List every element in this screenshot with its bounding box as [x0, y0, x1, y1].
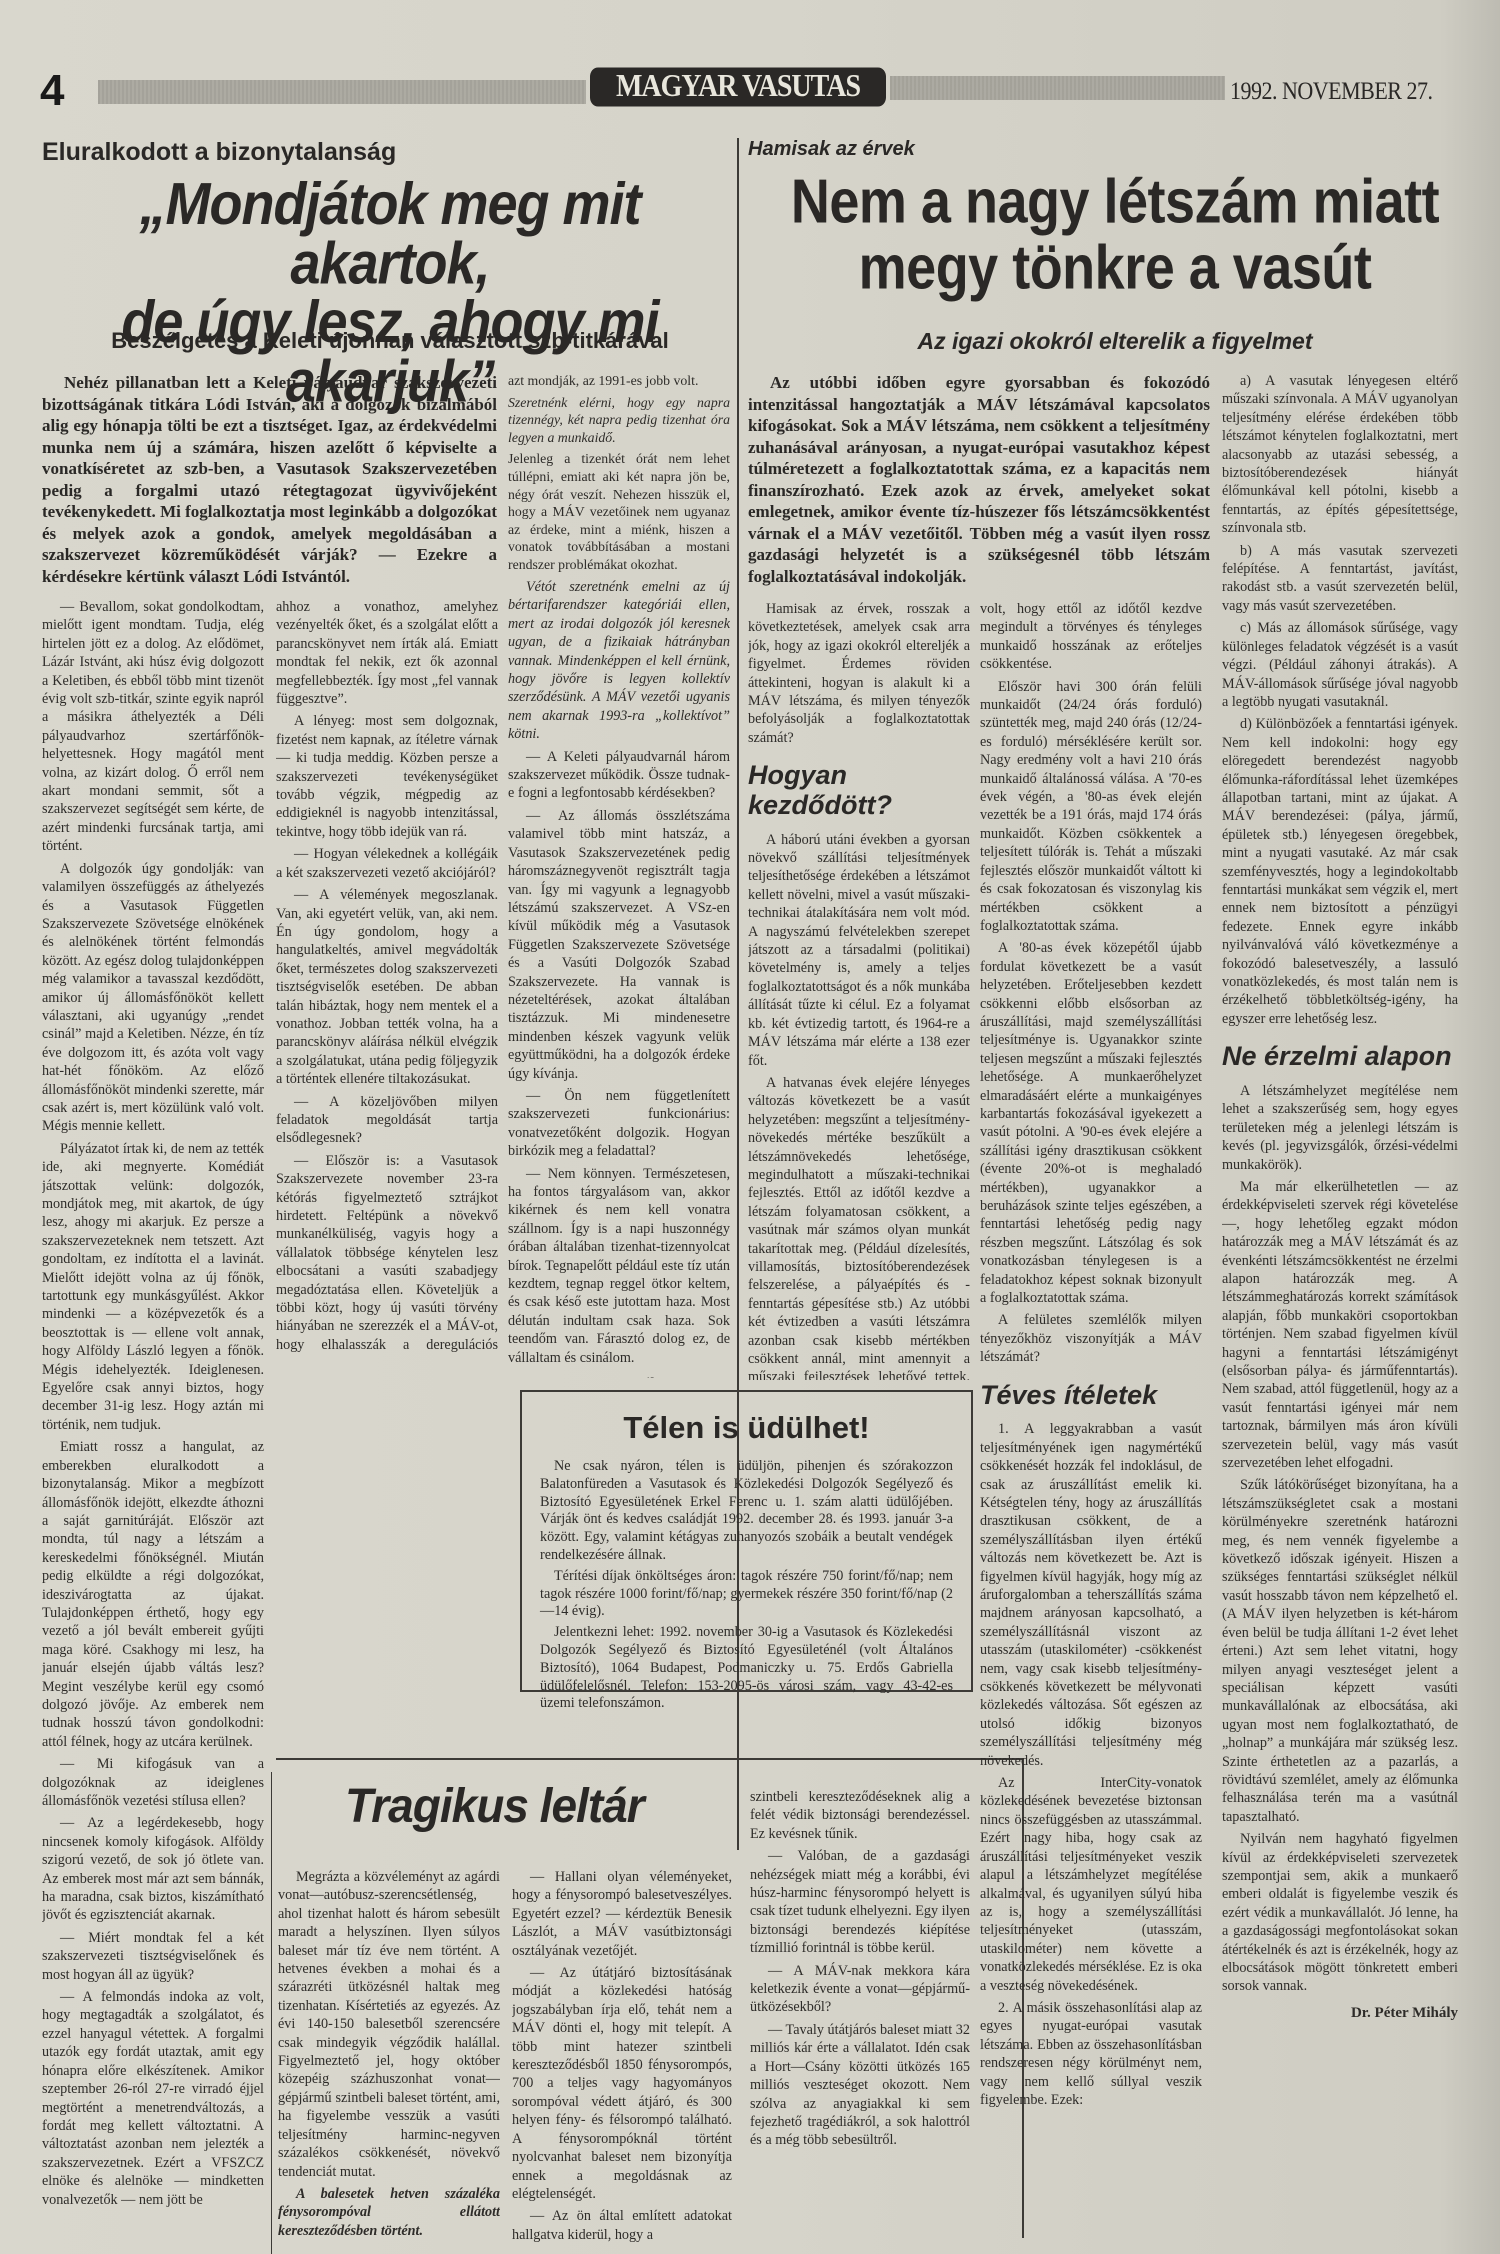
- paragraph: A lényeg: most sem dolgoznak, fizetést n…: [276, 712, 498, 841]
- paragraph: — Az útátjáró biztosításának módját a kö…: [512, 1964, 732, 2203]
- paragraph: — Az ön által említett adatokat hallgatv…: [512, 2207, 732, 2244]
- paragraph: A hatvanas évek elejére lényeges változá…: [748, 1074, 970, 1380]
- newspaper-logo: MAGYAR VASUTAS: [590, 67, 886, 106]
- paragraph: Térítési díjak önköltséges áron: tagok r…: [540, 1568, 953, 1621]
- paragraph: — Tavaly útátjárós baleset miatt 32 mill…: [750, 2021, 970, 2150]
- paragraph: Szeretnénk elérni, hogy egy napra tizenn…: [508, 394, 730, 447]
- left-article-kicker: Eluralkodott a bizonytalanság: [42, 138, 396, 167]
- paragraph: b) A más vasutak szervezeti felépítése. …: [1222, 542, 1458, 616]
- paragraph: — A MÁV-nak mekkora kára keletkezik éven…: [750, 1962, 970, 2017]
- box-title: Télen is üdülhet!: [540, 1410, 953, 1446]
- masthead-rule-left: [98, 80, 586, 104]
- paragraph: — Hallani olyan véleményeket, hogy a fén…: [512, 1868, 732, 1960]
- paragraph: Jelentkezni lehet: 1992. november 30-ig …: [540, 1624, 953, 1713]
- paragraph: Nyilván nem hagyható figyelmen kívül az …: [1222, 1830, 1458, 1996]
- paragraph: A dolgozók úgy gondolják: van valamilyen…: [42, 860, 264, 1136]
- lead-paragraph: Az utóbbi időben egyre gyorsabban és fok…: [748, 372, 1210, 587]
- paragraph: — Mi kifogásuk van a dolgozóknak az idei…: [42, 1755, 264, 1810]
- byline: Csop Veronika: [508, 1375, 730, 1378]
- paragraph: — A vélemények megoszlanak. Van, aki egy…: [276, 886, 498, 1088]
- paragraph: A '80-as évek közepétől újabb fordulat k…: [980, 939, 1202, 1307]
- right-article-col1: Hamisak az érvek, rosszak a következteté…: [748, 600, 970, 1380]
- paragraph: 1. A leggyakrabban a vasút teljesítményé…: [980, 1420, 1202, 1770]
- right-article-col3: a) A vasutak lényegesen eltérő műszaki s…: [1222, 372, 1458, 2252]
- section-rule: [276, 1758, 1024, 1760]
- paragraph: 2. A másik összehasonlítási alap az egye…: [980, 1999, 1202, 2109]
- subhead-teves-iteletek: Téves ítéletek: [980, 1381, 1202, 1411]
- headline-line: Nem a nagy létszám miatt: [770, 171, 1460, 233]
- newspaper-page: 4 MAGYAR VASUTAS 1992. NOVEMBER 27. Elur…: [0, 0, 1500, 2254]
- paragraph: — Az a legérdekesebb, hogy nincsenek kom…: [42, 1814, 264, 1924]
- paragraph: — Ön nem függetlenített szakszervezeti f…: [508, 1087, 730, 1161]
- left-article-col1: — Bevallom, sokat gondolkodtam, mielőtt …: [42, 598, 264, 2254]
- paragraph: A háború utáni években a gyorsan növekvő…: [748, 831, 970, 1070]
- headline-line: „Mondjátok meg mit akartok,: [40, 175, 740, 294]
- bottom-article-col2: — Hallani olyan véleményeket, hogy a fén…: [512, 1868, 732, 2248]
- bottom-article-headline: Tragikus leltár: [345, 1777, 644, 1834]
- byline: Dr. Péter Mihály: [1222, 2004, 1458, 2022]
- right-article-kicker: Hamisak az érvek: [748, 138, 915, 161]
- masthead-rule-right: [890, 76, 1225, 100]
- column-divider: [271, 1772, 272, 2254]
- paragraph: Vétót szeretnénk emelni az új bértarifar…: [508, 578, 730, 744]
- paragraph: — Hogyan vélekednek a kollégáik a két sz…: [276, 845, 498, 882]
- paragraph: Ne csak nyáron, télen is üdüljön, pihenj…: [540, 1458, 953, 1565]
- paragraph: — A felmondás indoka az volt, hogy megta…: [42, 1988, 264, 2209]
- paragraph: — Valóban, de a gazdasági nehézségek mia…: [750, 1847, 970, 1957]
- paragraph: — Nem könnyen. Természetesen, ha fontos …: [508, 1165, 730, 1367]
- left-article-col3: Vétót szeretnénk emelni az új bértarifar…: [508, 578, 730, 1378]
- paragraph: Ma már elkerülhetetlen — az érdekképvise…: [1222, 1178, 1458, 1473]
- headline-line: megy tönkre a vasút: [770, 237, 1460, 299]
- paragraph: c) Más az állomások sűrűsége, vagy külön…: [1222, 619, 1458, 711]
- paragraph: volt, hogy ettől az időtől kezdve megind…: [980, 600, 1202, 674]
- paragraph: A felületes szemlélők milyen tényezőkhöz…: [980, 1311, 1202, 1366]
- right-article-col2: volt, hogy ettől az időtől kezdve megind…: [980, 600, 1202, 2250]
- right-article-lead: Az utóbbi időben egyre gyorsabban és fok…: [748, 372, 1210, 592]
- announcement-box: Télen is üdülhet! Ne csak nyáron, télen …: [520, 1390, 973, 1692]
- right-article-deck: Az igazi okokról elterelik a figyelmet: [770, 328, 1460, 355]
- box-body: Ne csak nyáron, télen is üdüljön, pihenj…: [540, 1458, 953, 1713]
- subhead-hogyan-kezdodott: Hogyan kezdődött?: [748, 761, 970, 820]
- paragraph: Szűk látókörűséget bizonyítana, ha a lét…: [1222, 1476, 1458, 1826]
- paragraph: A létszámhelyzet megítélése nem lehet a …: [1222, 1082, 1458, 1174]
- paragraph: — Az állomás összlétszáma valamivel több…: [508, 807, 730, 1083]
- paragraph: Az InterCity-vonatok közlekedésének beve…: [980, 1774, 1202, 1995]
- paragraph: Megrázta a közvéleményt az agárdi vonat—…: [278, 1868, 500, 2181]
- paragraph: — A közeljövőben milyen feladatok megold…: [276, 1093, 498, 1148]
- bottom-article-col1: Megrázta a közvéleményt az agárdi vonat—…: [278, 1868, 500, 2248]
- issue-date: 1992. NOVEMBER 27.: [1230, 76, 1432, 106]
- bottom-article-col3: szintbeli kereszteződéseknek alig a felé…: [750, 1788, 970, 2248]
- paragraph: — Miért mondtak fel a két szakszervezeti…: [42, 1929, 264, 1984]
- paragraph: Emiatt rossz a hangulat, az emberekben e…: [42, 1438, 264, 1751]
- subhead-ne-erzelmi-alapon: Ne érzelmi alapon: [1222, 1042, 1458, 1072]
- lead-paragraph: Nehéz pillanatban lett a Keleti pályaudv…: [42, 372, 497, 582]
- paragraph: — Először is: a Vasutasok Szakszervezete…: [276, 1152, 498, 1353]
- left-lead-side-column: azt mondják, az 1991-es jobb volt. Szere…: [508, 372, 730, 572]
- paragraph: Pályázatot írtak ki, de nem az tették id…: [42, 1140, 264, 1435]
- left-article-deck: Beszélgetés a Keleti újonnan választott …: [60, 328, 720, 354]
- paragraph: Először havi 300 órán felüli munkaidőt (…: [980, 678, 1202, 936]
- masthead: 4 MAGYAR VASUTAS 1992. NOVEMBER 27.: [40, 62, 1485, 114]
- left-article-col2: ahhoz a vonathoz, amelyhez vezényelték ő…: [276, 598, 498, 1353]
- paragraph: d) Különbözőek a fenntartási igények. Ne…: [1222, 715, 1458, 1028]
- paragraph: szintbeli kereszteződéseknek alig a felé…: [750, 1788, 970, 1843]
- page-number: 4: [40, 66, 64, 116]
- paragraph: azt mondják, az 1991-es jobb volt.: [508, 372, 730, 390]
- paragraph: a) A vasutak lényegesen eltérő műszaki s…: [1222, 372, 1458, 538]
- right-article-headline: Nem a nagy létszám miatt megy tönkre a v…: [770, 175, 1460, 307]
- paragraph: Jelenleg a tizenkét órát nem lehet túllé…: [508, 450, 730, 572]
- left-article-lead: Nehéz pillanatban lett a Keleti pályaudv…: [42, 372, 497, 582]
- paragraph: ahhoz a vonathoz, amelyhez vezényelték ő…: [276, 598, 498, 708]
- paragraph: A balesetek hetven százaléka fénysorompó…: [278, 2185, 500, 2240]
- paragraph: Hamisak az érvek, rosszak a következteté…: [748, 600, 970, 747]
- paragraph: — Bevallom, sokat gondolkodtam, mielőtt …: [42, 598, 264, 856]
- paragraph: — A Keleti pályaudvarnál három szakszerv…: [508, 748, 730, 803]
